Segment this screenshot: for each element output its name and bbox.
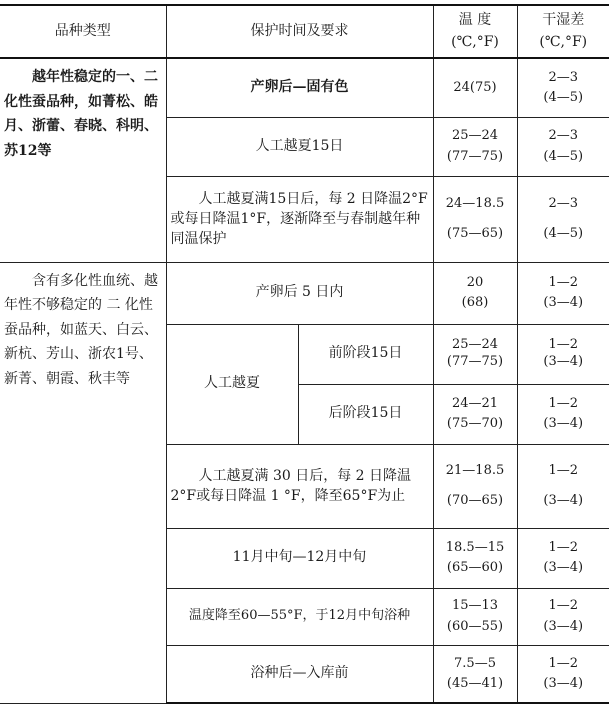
temperature-cell: 24—21 (75—70): [433, 384, 517, 444]
temperature-cell: 24(75): [433, 58, 517, 117]
humidity-cell: 2—3 (4—5): [517, 58, 609, 117]
header-humidity: 干湿差 (℃,°F): [517, 5, 609, 58]
variety-group-2: 含有多化性血统、越年性不够稳定的 二 化性蚕品种，如蓝天、白云、新杭、芳山、浙农…: [0, 262, 166, 703]
humidity-cell: 2—3 (4—5): [517, 117, 609, 176]
protection-cell: 产卵后—固有色: [166, 58, 433, 117]
header-row: 品种类型 保护时间及要求 温 度 (℃,°F) 干湿差 (℃,°F): [0, 5, 609, 58]
humidity-cell: 1—2 (3—4): [517, 324, 609, 384]
protection-cell: 后阶段15日: [298, 384, 433, 444]
temperature-cell: 15—13 (60—55): [433, 588, 517, 645]
protection-cell: 前阶段15日: [298, 324, 433, 384]
protection-cell: 人工越夏满15日后，每 2 日降温2°F或每日降温1°F，逐渐降至与春制越年种同…: [166, 176, 433, 262]
temperature-cell: 24—18.5 (75—65): [433, 176, 517, 262]
table-row: 含有多化性血统、越年性不够稳定的 二 化性蚕品种，如蓝天、白云、新杭、芳山、浙农…: [0, 262, 609, 324]
protection-cell: 浴种后—入库前: [166, 645, 433, 703]
protection-group-cell: 人工越夏: [166, 324, 298, 444]
variety-group-1: 越年性稳定的一、二化性蚕品种，如菁松、皓月、浙蕾、春晓、科明、苏12等: [0, 58, 166, 262]
temperature-cell: 25—24 (77—75): [433, 117, 517, 176]
humidity-cell: 1—2 (3—4): [517, 444, 609, 528]
humidity-cell: 1—2 (3—4): [517, 588, 609, 645]
humidity-cell: 2—3 (4—5): [517, 176, 609, 262]
temperature-cell: 20 (68): [433, 262, 517, 324]
header-protection: 保护时间及要求: [166, 5, 433, 58]
egg-protection-table: 品种类型 保护时间及要求 温 度 (℃,°F) 干湿差 (℃,°F) 越年性稳定…: [0, 4, 609, 704]
humidity-cell: 1—2 (3—4): [517, 528, 609, 588]
humidity-cell: 1—2 (3—4): [517, 645, 609, 703]
temperature-cell: 7.5—5 (45—41): [433, 645, 517, 703]
protection-cell: 温度降至60—55°F，于12月中旬浴种: [166, 588, 433, 645]
temperature-cell: 18.5—15 (65—60): [433, 528, 517, 588]
table-row: 越年性稳定的一、二化性蚕品种，如菁松、皓月、浙蕾、春晓、科明、苏12等 产卵后—…: [0, 58, 609, 117]
protection-cell: 产卵后 5 日内: [166, 262, 433, 324]
temperature-cell: 25—24 (77—75): [433, 324, 517, 384]
protection-cell: 人工越夏满 30 日后，每 2 日降温2°F或每日降温 1 °F，降至65°F为…: [166, 444, 433, 528]
protection-cell: 人工越夏15日: [166, 117, 433, 176]
protection-cell: 11月中旬—12月中旬: [166, 528, 433, 588]
header-temperature: 温 度 (℃,°F): [433, 5, 517, 58]
humidity-cell: 1—2 (3—4): [517, 262, 609, 324]
humidity-cell: 1—2 (3—4): [517, 384, 609, 444]
header-variety-type: 品种类型: [0, 5, 166, 58]
temperature-cell: 21—18.5 (70—65): [433, 444, 517, 528]
